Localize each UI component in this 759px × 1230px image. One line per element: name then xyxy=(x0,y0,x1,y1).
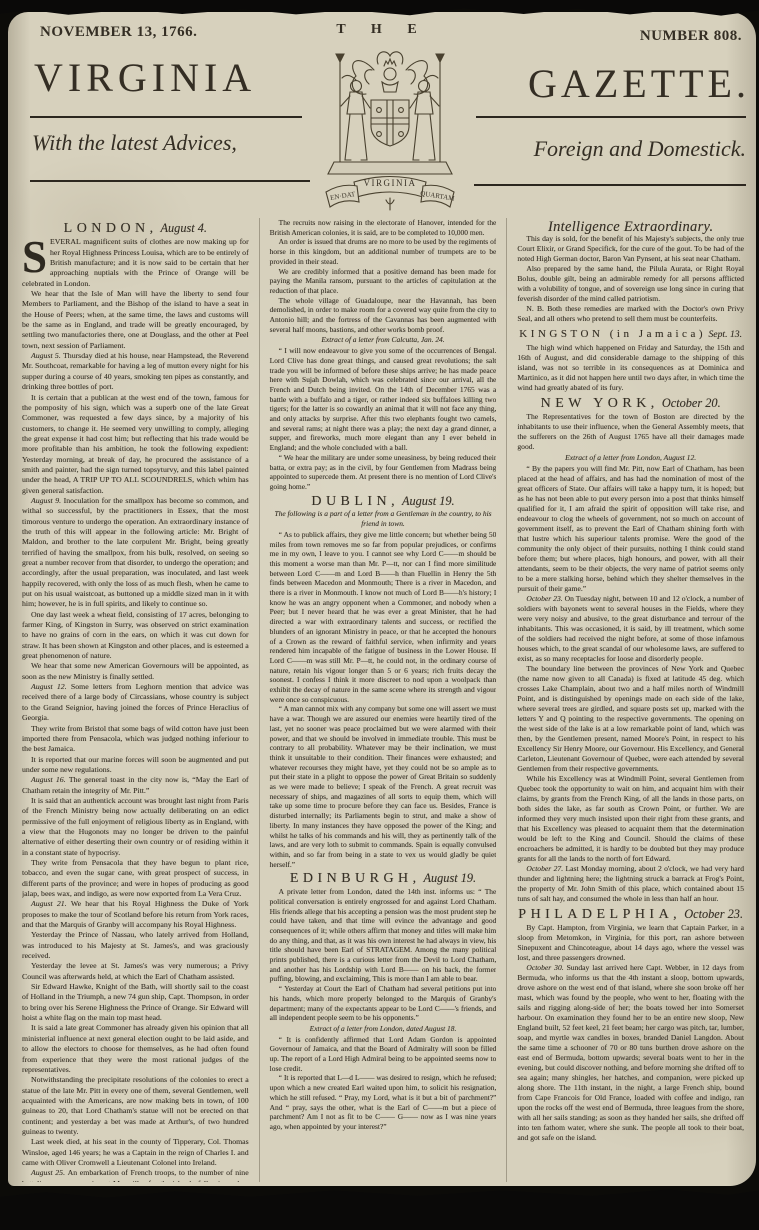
dateline-date: Sept. 13. xyxy=(706,329,742,340)
torn-paper-edge-bottom xyxy=(0,1184,759,1230)
newspaper-page: NOVEMBER 13, 1766. T H E NUMBER 808. VIR… xyxy=(0,0,759,1230)
news-column-2: The recruits now raising in the electora… xyxy=(259,218,497,1182)
news-paragraph: Also prepared by the same hand, the Pilu… xyxy=(517,264,744,304)
masthead-title-gazette: GAZETTE. xyxy=(528,60,750,107)
issue-number: NUMBER 808. xyxy=(640,28,742,45)
news-paragraph: The boundary line between the provinces … xyxy=(517,664,744,774)
news-paragraph: Yesterday the levee at St. James's was v… xyxy=(22,961,249,982)
paragraph-dateline-lead: August 25. xyxy=(31,1168,68,1177)
columns: LONDON, August 4.SEVERAL magnificent sui… xyxy=(22,218,744,1182)
news-paragraph: It is said that an authentick account wa… xyxy=(22,796,249,858)
crest-motto-top: VIRGINIA xyxy=(364,178,417,188)
dateline-city: EDINBURGH, xyxy=(290,871,421,886)
masthead-subtitle-right: Foreign and Domestick. xyxy=(534,136,746,162)
news-paragraph: The high wind which happened on Friday a… xyxy=(517,343,744,393)
news-paragraph: August 25. An embarkation of French troo… xyxy=(22,1168,249,1182)
dateline-date: October 23. xyxy=(681,907,743,921)
dateline-city: NEW YORK, xyxy=(541,396,659,411)
news-column-3: Intelligence Extraordinary.This day is s… xyxy=(506,218,744,1182)
extract-caption: Extract of a letter from London, August … xyxy=(517,453,744,463)
section-dateline: KINGSTON (in Jamaica) Sept. 13. xyxy=(517,329,744,340)
news-column-1: LONDON, August 4.SEVERAL magnificent sui… xyxy=(22,218,249,1182)
masthead-rule xyxy=(30,116,302,118)
masthead-title-virginia: VIRGINIA xyxy=(34,54,256,101)
section-dateline: DUBLIN, August 19. xyxy=(270,497,497,507)
paragraph-dateline-lead: August 12. xyxy=(31,682,71,691)
dateline-city: PHILADELPHIA, xyxy=(518,907,681,922)
news-paragraph: The whole village of Guadaloupe, near th… xyxy=(270,296,497,335)
masthead-rule xyxy=(30,180,310,182)
news-paragraph: October 27. Last Monday morning, about 2… xyxy=(517,864,744,904)
news-paragraph: One day last week a wheat field, consist… xyxy=(22,610,249,662)
masthead-rule xyxy=(474,184,746,186)
news-paragraph: It is said a late great Commoner has alr… xyxy=(22,1023,249,1075)
news-paragraph: An order is issued that drums are no mor… xyxy=(270,237,497,266)
news-paragraph: Yesterday the Prince of Nassau, who late… xyxy=(22,930,249,961)
extract-caption: The following is a part of a letter from… xyxy=(270,509,497,528)
news-paragraph: SEVERAL magnificent suits of clothes are… xyxy=(22,237,249,289)
news-paragraph: August 16. The general toast in the city… xyxy=(22,775,249,796)
news-paragraph: October 30. Sunday last arrived here Cap… xyxy=(517,963,744,1143)
dateline-city: LONDON, xyxy=(64,221,158,236)
dateline-city: DUBLIN, xyxy=(311,494,399,509)
news-paragraph: “ We hear the military are under some un… xyxy=(270,453,497,492)
paragraph-dateline-lead: October 23. xyxy=(526,594,564,603)
section-dateline: EDINBURGH, August 19. xyxy=(270,874,497,884)
news-paragraph: By Capt. Hampton, from Virginia, we lear… xyxy=(517,923,744,963)
news-paragraph: A private letter from London, dated the … xyxy=(270,887,497,984)
news-paragraph: It is reported that our marine forces wi… xyxy=(22,755,249,776)
news-paragraph: “ I will now endeavour to give you some … xyxy=(270,346,497,453)
paper-sheet: NOVEMBER 13, 1766. T H E NUMBER 808. VIR… xyxy=(8,12,756,1186)
news-paragraph: “ It is confidently affirmed that Lord A… xyxy=(270,1035,497,1074)
news-paragraph: It is certain that a publican at the wes… xyxy=(22,393,249,496)
news-paragraph: August 12. Some letters from Leghorn men… xyxy=(22,682,249,723)
news-paragraph: They write from Pensacola that they have… xyxy=(22,858,249,899)
news-paragraph: The recruits now raising in the electora… xyxy=(270,218,497,237)
news-paragraph: August 21. We hear that his Royal Highne… xyxy=(22,899,249,930)
news-paragraph: “ A man cannot mix with any company but … xyxy=(270,704,497,869)
section-dateline: LONDON, August 4. xyxy=(22,223,249,234)
dateline-date: August 19. xyxy=(421,871,477,885)
masthead-subtitle-left: With the latest Advices, xyxy=(32,130,237,156)
news-paragraph: They write from Bristol that some bags o… xyxy=(22,724,249,755)
news-paragraph: Sir Edward Hawke, Knight of the Bath, wi… xyxy=(22,982,249,1023)
news-paragraph: August 5. Thursday died at his house, ne… xyxy=(22,351,249,392)
drop-cap: S xyxy=(22,237,50,275)
news-paragraph: “ It is reported that L—d L—— was desire… xyxy=(270,1073,497,1131)
paragraph-dateline-lead: August 16. xyxy=(31,775,69,784)
news-paragraph: “ By the papers you will find Mr. Pitt, … xyxy=(517,464,744,594)
news-paragraph: N. B. Both these remedies are marked wit… xyxy=(517,304,744,324)
extract-caption: Extract of a letter from Calcutta, Jan. … xyxy=(270,335,497,345)
dateline-city: KINGSTON (in Jamaica) xyxy=(519,328,706,340)
masthead-rule xyxy=(476,116,746,118)
extract-caption: Extract of a letter from London, dated A… xyxy=(270,1024,497,1034)
news-paragraph: August 9. Inoculation for the smallpox h… xyxy=(22,496,249,610)
virginia-coat-of-arms-icon: VIRGINIA EN·DAT QUARTAM xyxy=(314,44,466,220)
news-paragraph: “ Yesterday at Court the Earl of Chatham… xyxy=(270,984,497,1023)
news-paragraph: We hear that some new American Governour… xyxy=(22,661,249,682)
paragraph-dateline-lead: August 5. xyxy=(31,351,63,360)
section-dateline: NEW YORK, October 20. xyxy=(517,398,744,409)
news-paragraph: We are credibly informed that a positive… xyxy=(270,267,497,296)
news-paragraph: The Representatives for the town of Bost… xyxy=(517,412,744,452)
news-paragraph: While his Excellency was at Windmill Poi… xyxy=(517,774,744,864)
paragraph-dateline-lead: October 27. xyxy=(526,864,565,873)
section-dateline: PHILADELPHIA, October 23. xyxy=(517,909,744,920)
news-paragraph: October 23. On Tuesday night, between 10… xyxy=(517,594,744,664)
news-paragraph: Last week died, at his seat in the count… xyxy=(22,1137,249,1168)
dateline-date: August 19. xyxy=(399,494,455,508)
section-heading-italic: Intelligence Extraordinary. xyxy=(517,222,744,232)
news-paragraph: This day is sold, for the benefit of his… xyxy=(517,234,744,264)
paragraph-dateline-lead: August 9. xyxy=(31,496,64,505)
news-paragraph: We hear that the Isle of Man will have t… xyxy=(22,289,249,351)
dateline-date: August 4. xyxy=(158,221,207,235)
paragraph-dateline-lead: August 21. xyxy=(31,899,71,908)
paragraph-dateline-lead: October 30. xyxy=(526,963,566,972)
news-paragraph: Notwithstanding the precipitate resoluti… xyxy=(22,1075,249,1137)
dateline-date: October 20. xyxy=(659,396,721,410)
news-paragraph: “ As to publick affairs, they give me li… xyxy=(270,530,497,705)
